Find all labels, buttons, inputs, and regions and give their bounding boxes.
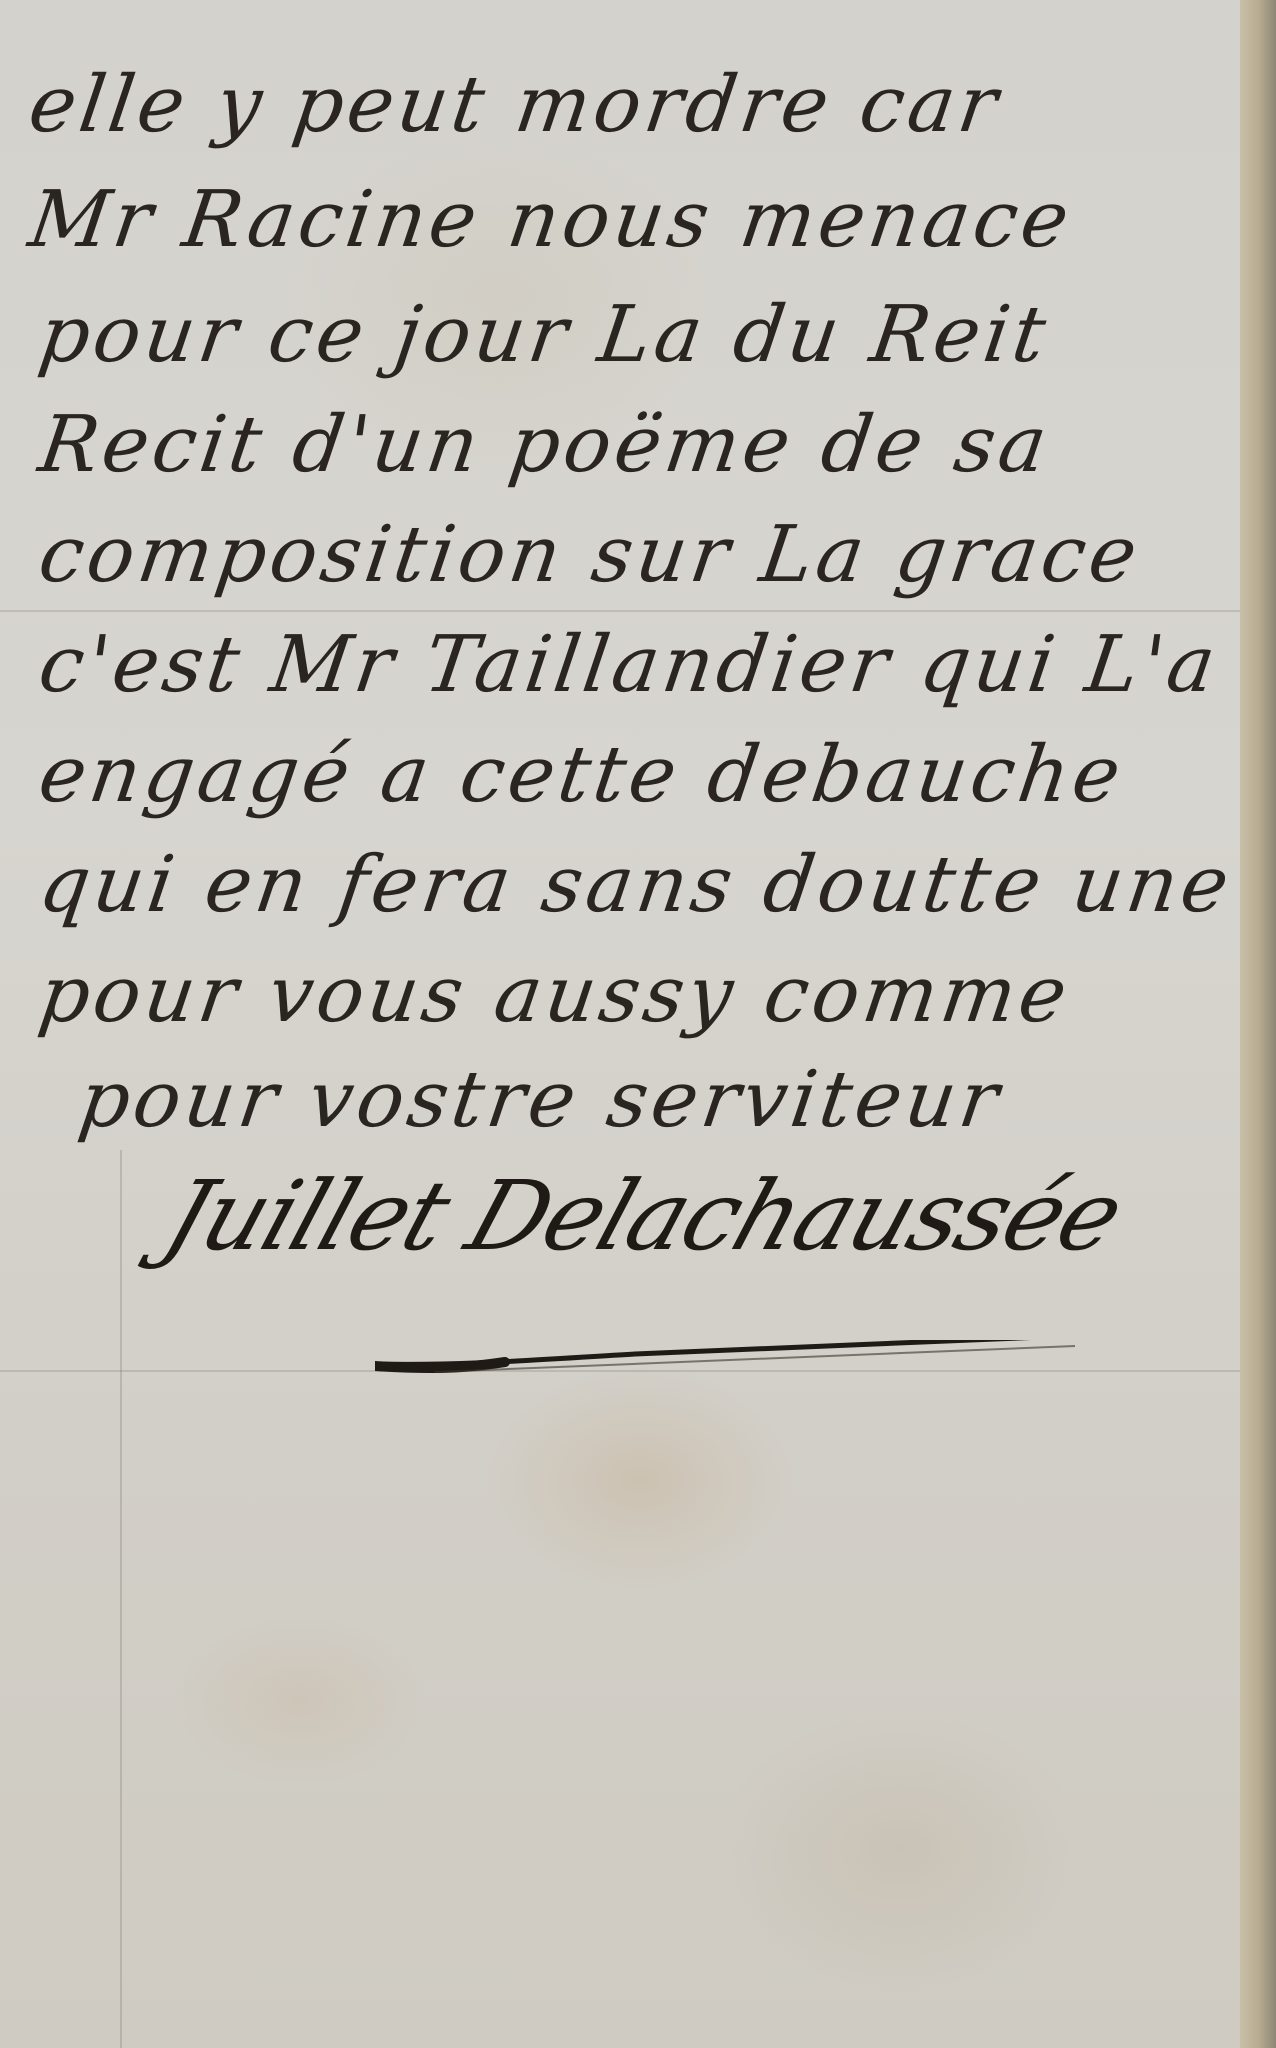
- letter-line-2: Mr Racine nous menace: [24, 175, 1078, 265]
- signature-underline-flourish: [375, 1340, 1115, 1380]
- letter-line-8: qui en fera sans doutte une: [34, 840, 1238, 930]
- letter-line-1: elle y peut mordre car: [24, 60, 1007, 150]
- margin-crease: [120, 1150, 122, 2048]
- letter-line-10: pour vostre serviteur: [74, 1055, 1008, 1145]
- letter-line-6: c'est Mr Taillandier qui L'a: [34, 620, 1225, 710]
- signature: Juillet Delachaussée: [152, 1160, 1135, 1272]
- paper-fold: [0, 610, 1240, 612]
- page-edge: [1240, 0, 1276, 2048]
- letter-line-5: composition sur La grace: [34, 510, 1146, 600]
- letter-page: elle y peut mordre car Mr Racine nous me…: [0, 0, 1240, 2048]
- letter-line-7: engagé a cette debauche: [34, 730, 1130, 820]
- letter-line-9: pour vous aussy comme: [34, 950, 1076, 1040]
- letter-line-4: Recit d'un poëme de sa: [34, 400, 1056, 490]
- letter-line-3: pour ce jour La du Reit: [34, 290, 1055, 380]
